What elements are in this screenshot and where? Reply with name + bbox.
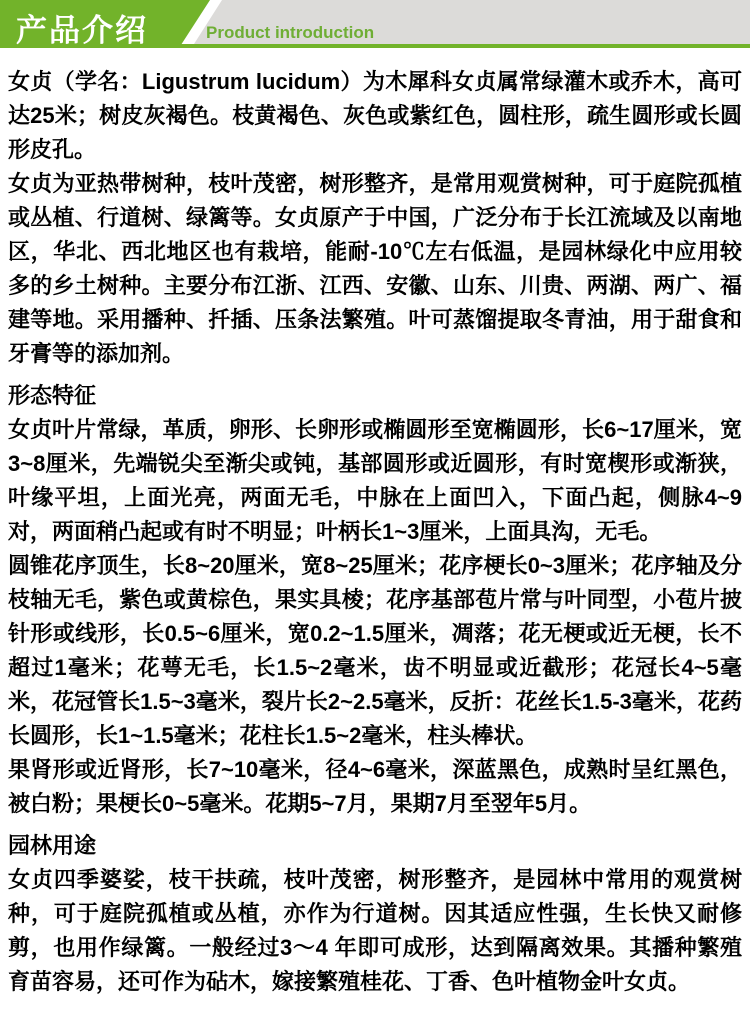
product-introduction-page: 产品介绍 Product introduction 女贞（学名：Ligustru… — [0, 0, 750, 999]
section-heading-garden-use: 园林用途 — [8, 829, 742, 863]
intro-paragraph: 女贞（学名：Ligustrum lucidum）为木犀科女贞属常绿灌木或乔木，高… — [8, 65, 742, 167]
intro-paragraph: 女贞为亚热带树种，枝叶茂密，树形整齐，是常用观赏树种，可于庭院孤植或丛植、行道树… — [8, 167, 742, 371]
page-title-english: Product introduction — [206, 23, 374, 43]
section-heading-morphology: 形态特征 — [8, 379, 742, 413]
page-title-chinese: 产品介绍 — [16, 5, 148, 50]
body-paragraph: 果肾形或近肾形，长7~10毫米，径4~6毫米，深蓝黑色，成熟时呈红黑色，被白粉；… — [8, 753, 742, 821]
body-paragraph: 女贞四季婆娑，枝干扶疏，枝叶茂密，树形整齐，是园林中常用的观赏树种，可于庭院孤植… — [8, 863, 742, 999]
body-paragraph: 圆锥花序顶生，长8~20厘米，宽8~25厘米；花序梗长0~3厘米；花序轴及分枝轴… — [8, 549, 742, 753]
header-banner: 产品介绍 Product introduction — [0, 0, 750, 48]
body-paragraph: 女贞叶片常绿，革质，卵形、长卵形或椭圆形至宽椭圆形，长6~17厘米，宽3~8厘米… — [8, 413, 742, 549]
article-body: 女贞（学名：Ligustrum lucidum）为木犀科女贞属常绿灌木或乔木，高… — [0, 48, 750, 999]
